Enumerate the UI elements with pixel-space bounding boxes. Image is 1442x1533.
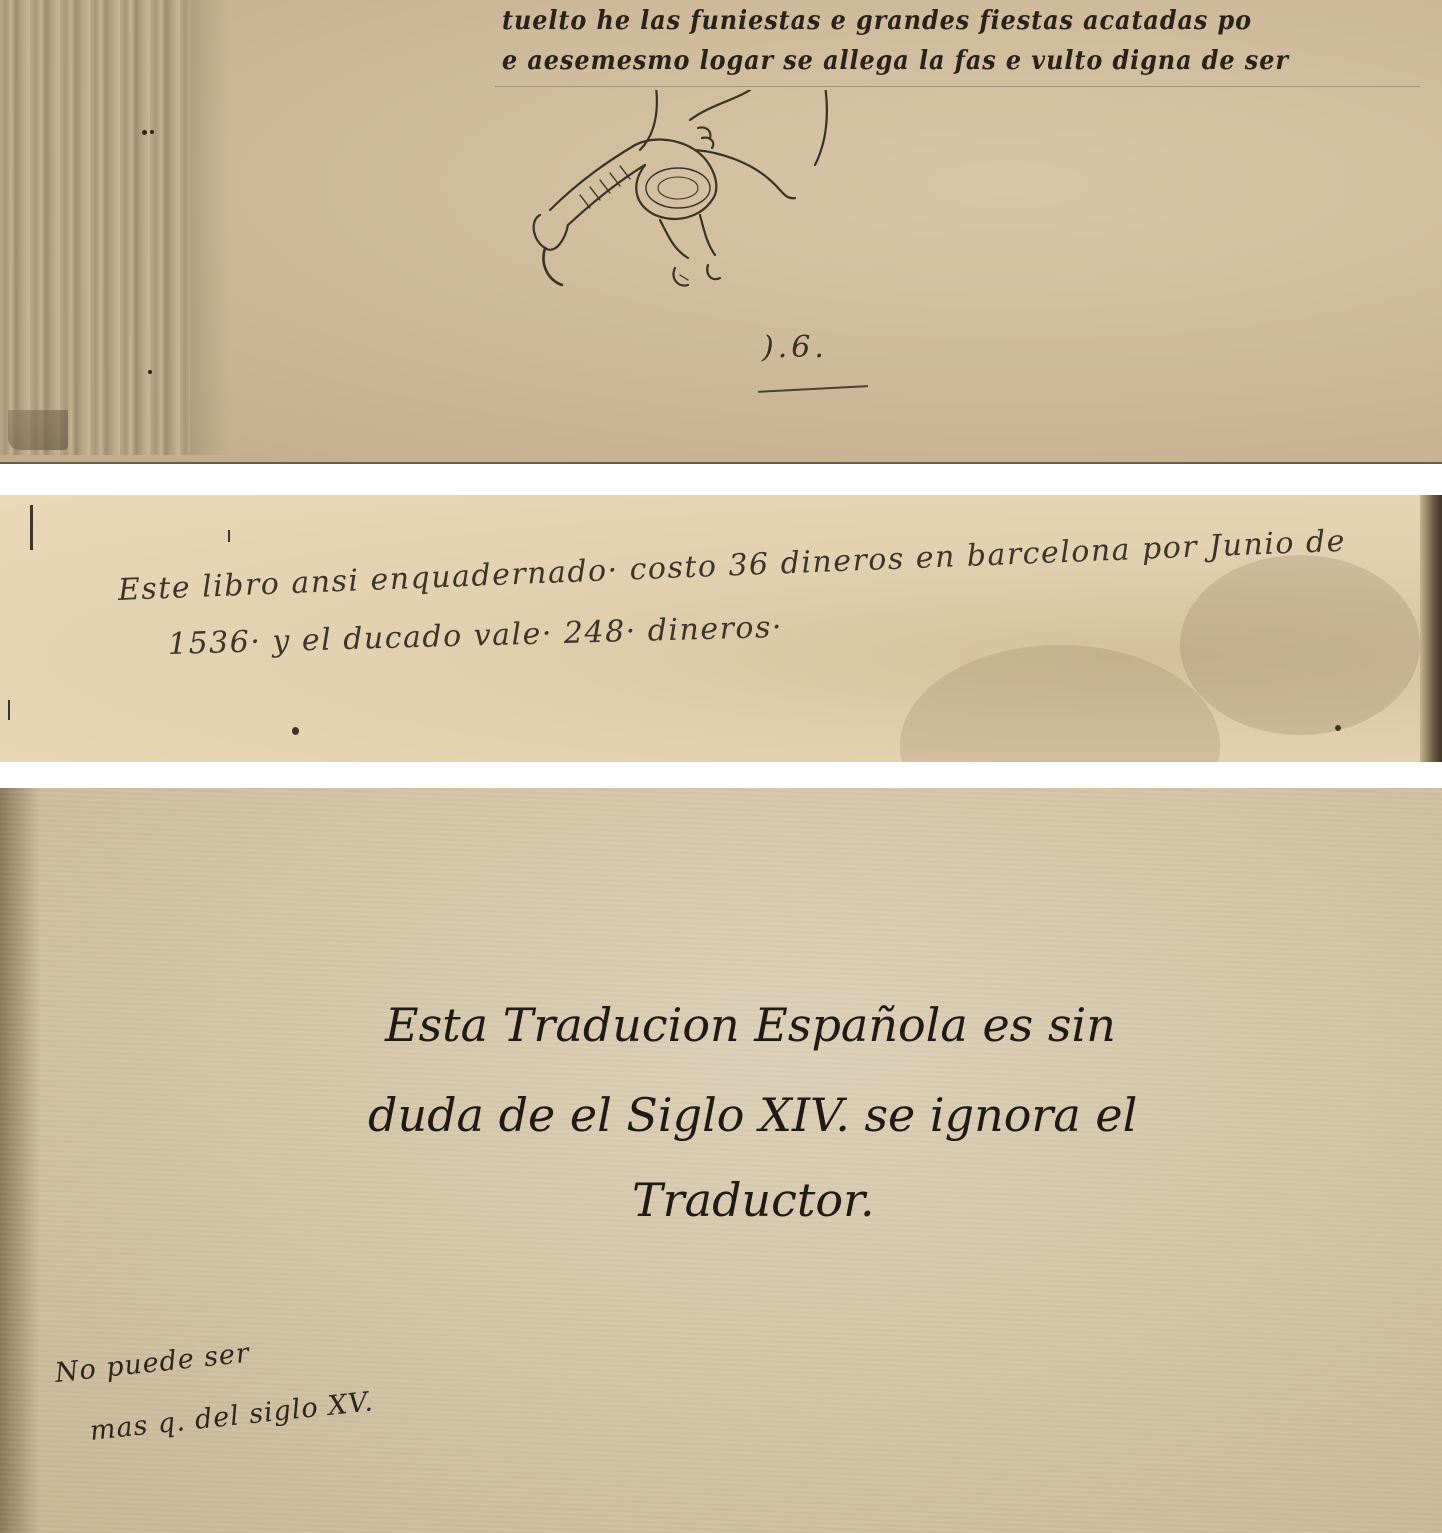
translation-note-line-2: duda de el Siglo XIV. se ignora el xyxy=(368,1088,1137,1142)
ink-dot xyxy=(142,130,147,135)
spine-edge xyxy=(1420,495,1442,762)
binding-note-line-1: Este libro ansi enquadernado· costo 36 d… xyxy=(117,524,1346,608)
ink-dot xyxy=(148,370,152,374)
ink-mark xyxy=(8,700,10,720)
ink-dot xyxy=(292,727,299,735)
translation-note-line-1: Esta Traducion Española es sin xyxy=(385,998,1116,1052)
water-stain xyxy=(1180,555,1420,735)
water-stain xyxy=(900,645,1220,762)
translation-note-line-3: Traductor. xyxy=(632,1173,875,1227)
ink-mark xyxy=(228,530,230,542)
manuscript-page-panel: tuelto he las funiestas e grandes fiesta… xyxy=(0,0,1442,464)
page-corner xyxy=(8,410,68,450)
folio-underline xyxy=(758,385,868,393)
folio-number: ).6. xyxy=(762,330,828,365)
translation-note-panel: Esta Traducion Española es sin duda de e… xyxy=(0,788,1442,1533)
page-edges xyxy=(0,0,190,455)
binding-note-panel: Este libro ansi enquadernado· costo 36 d… xyxy=(0,495,1442,762)
ink-dot xyxy=(150,130,154,134)
manuscript-text-line-1: tuelto he las funiestas e grandes fiesta… xyxy=(502,6,1252,36)
binding-note-line-2: 1536· y el ducado vale· 248· dineros· xyxy=(168,610,784,662)
ruling-line xyxy=(495,86,1420,87)
manuscript-text-line-2: e aesemesmo logar se allega la fas e vul… xyxy=(502,46,1289,76)
ink-dot xyxy=(1335,725,1341,731)
ink-mark xyxy=(30,505,33,550)
creature-drawing-icon xyxy=(520,90,860,320)
